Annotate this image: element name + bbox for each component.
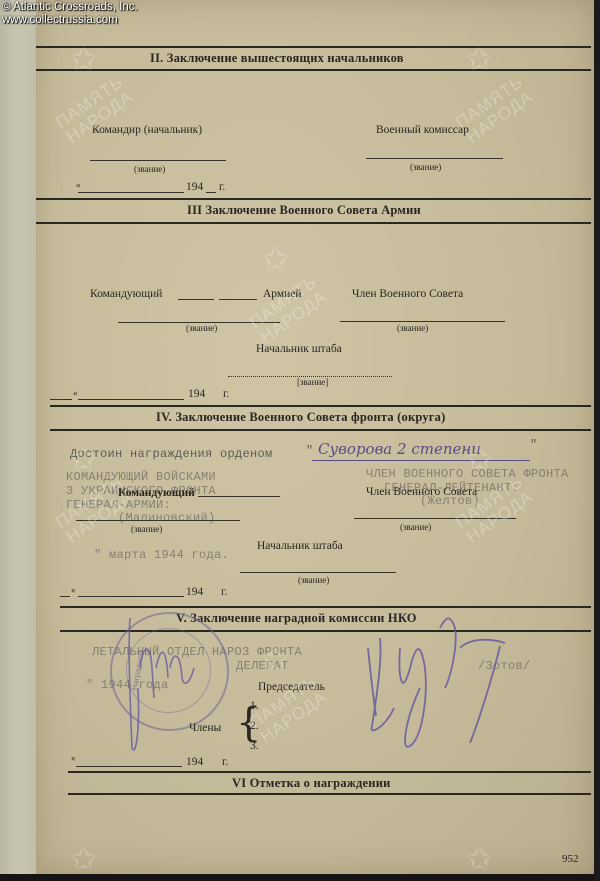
page-number: 952 [562, 853, 579, 865]
section-4-title: IV. Заключение Военного Совета фронта (о… [156, 410, 445, 425]
section-2-year-blank [206, 192, 216, 193]
copyright-line-1: © Atlantic Crossroads, Inc. [2, 1, 138, 14]
section-2-date-line [78, 192, 184, 193]
section-4-date-day-line [60, 596, 70, 597]
army-name-line-2 [219, 299, 257, 300]
section-4-date-year: 194 [186, 586, 203, 598]
army-council-rank-line [340, 321, 505, 322]
section-4-date-suffix: г. [221, 586, 227, 598]
army-chief-rank-caption: [звание] [297, 377, 328, 387]
commander-rank-line [90, 160, 226, 161]
section-3-top-rule [36, 198, 591, 200]
section-4-bottom-rule [50, 429, 591, 431]
section-2-date-year: 194 [186, 181, 203, 193]
typed-council-line-1: ЧЛЕН ВОЕННОГО СОВЕТА ФРОНТА [366, 467, 569, 481]
army-name-line-1 [178, 299, 214, 300]
army-chief-of-staff-label: Начальник штаба [256, 343, 342, 355]
section-6-bottom-rule [68, 793, 591, 795]
commissar-rank-caption: (звание) [410, 162, 441, 172]
commissar-label: Военный комиссар [376, 124, 469, 136]
copyright-website: www.collectrussia.com [2, 14, 138, 27]
front-chief-rank-caption: (звание) [298, 575, 329, 585]
commissar-rank-line [366, 158, 503, 159]
section-3-date-year: 194 [188, 388, 205, 400]
section-2-top-rule [36, 46, 591, 48]
section-3-bottom-rule [36, 222, 591, 224]
army-commanding-label: Командующий [90, 288, 162, 300]
section-3-date-day-line [50, 399, 72, 400]
army-council-member-label: Член Военного Совета [352, 288, 463, 300]
army-commander-rank-caption: (звание) [186, 323, 217, 333]
front-commanding-label: Командующий [118, 487, 195, 499]
commander-rank-caption: (звание) [134, 164, 165, 174]
member-2: 2. [250, 720, 259, 732]
handwritten-award-name: Суворова 2 степени [318, 440, 481, 458]
section-3-date-quote: « [73, 388, 78, 398]
member-3: 3. [250, 740, 259, 752]
section-4-date-line [78, 596, 184, 597]
typed-date-march-1944: " марта 1944 года. [94, 548, 229, 562]
army-council-rank-caption: (звание) [397, 323, 428, 333]
typed-award-prefix: Достоин награждения орденом [70, 447, 273, 461]
typed-commander-name: (Малиновский) [118, 511, 216, 525]
front-commander-rank-caption: (звание) [131, 524, 162, 534]
section-6-title: VI Отметка о награждении [232, 776, 391, 791]
section-2-title: II. Заключение вышестоящих начальников [150, 51, 404, 66]
section-5-date-year: 194 [186, 756, 203, 768]
chairman-label: Председатель [258, 681, 325, 693]
commander-label: Командир (начальник) [92, 124, 202, 136]
front-commander-rank-line [76, 520, 240, 521]
scan-border-right [594, 0, 600, 881]
members-label: Члены [189, 722, 221, 734]
section-5-date-quote: « [71, 753, 76, 763]
member-1: 1. [250, 700, 259, 712]
army-label: Армией [263, 288, 302, 300]
section-2-date-quote: « [76, 180, 81, 190]
section-5-date-suffix: г. [222, 756, 228, 768]
section-6-top-rule [68, 771, 591, 773]
front-chief-rank-line [240, 572, 396, 573]
section-5-date-line [76, 766, 182, 767]
section-2-date-suffix: г. [219, 181, 225, 193]
award-quote-open: " [306, 444, 314, 458]
typed-commander-line-3: ГЕНЕРАЛ-АРМИИ: [66, 498, 171, 512]
section-3-date-line [78, 399, 184, 400]
typed-commander-line-1: КОМАНДУЮЩИЙ ВОЙСКАМИ [66, 470, 216, 484]
copyright-notice: © Atlantic Crossroads, Inc. www.collectr… [2, 1, 138, 27]
front-council-rank-caption: (звание) [400, 522, 431, 532]
award-quote-close: " [530, 438, 538, 452]
section-2-bottom-rule [36, 69, 591, 71]
section-3-title: III Заключение Военного Совета Армии [187, 203, 421, 218]
front-council-member-label: Член Военного Совета [366, 486, 477, 498]
front-council-rank-line [354, 518, 516, 519]
section-4-top-rule [50, 405, 591, 407]
section-4-date-quote: « [71, 585, 76, 595]
front-chief-of-staff-label: Начальник штаба [257, 540, 343, 552]
scan-border-bottom [0, 874, 600, 881]
handwritten-award-underline [312, 460, 530, 461]
front-commander-name-line [198, 496, 280, 497]
section-3-date-suffix: г. [223, 388, 229, 400]
